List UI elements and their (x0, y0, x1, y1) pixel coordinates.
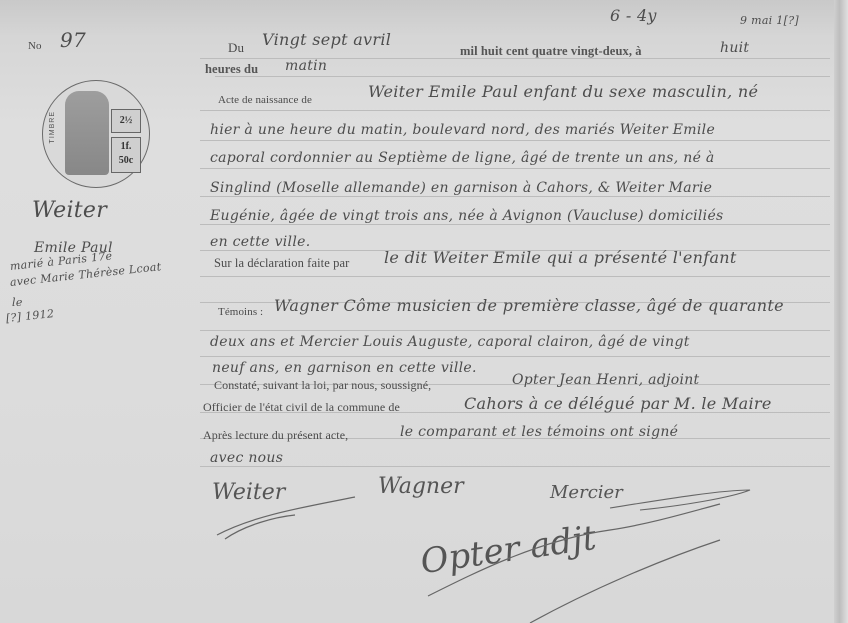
ruled-line (200, 276, 830, 277)
acte-line-6: en cette ville. (210, 234, 310, 250)
stamp-value-cents: 50c (112, 154, 140, 168)
officier-label: Officier de l'état civil de la commune d… (203, 400, 400, 415)
temoins-line-3: neuf ans, en garnison en cette ville. (212, 360, 477, 376)
hour-period: matin (285, 58, 327, 74)
constate-handwritten: Opter Jean Henri, adjoint (512, 372, 699, 388)
margin-note-line4: [?] 1912 (5, 307, 54, 325)
hour-handwritten: huit (720, 40, 749, 56)
justice-figure-icon (65, 91, 109, 175)
acte-label: Acte de naissance de (218, 94, 312, 106)
stamp-side-text: TIMBRE (49, 111, 56, 143)
acte-line-4: Singlind (Moselle allemande) en garnison… (210, 180, 712, 196)
temoins-line-1: Wagner Côme musicien de première classe,… (274, 296, 784, 315)
acte-line-2: hier à une heure du matin, boulevard nor… (210, 122, 715, 138)
hour-printed: heures du (205, 62, 258, 77)
declaration-handwritten: le dit Weiter Emile qui a présenté l'enf… (384, 248, 737, 267)
officier-handwritten: Cahors à ce délégué par M. le Maire (464, 394, 772, 413)
temoins-line-2: deux ans et Mercier Louis Auguste, capor… (210, 334, 690, 350)
stamp-value-top: 2½ (111, 109, 141, 133)
signature-witness-wagner: Wagner (378, 474, 464, 499)
stamp-value-franc: 1f. (112, 140, 140, 154)
acte-line-1: Weiter Emile Paul enfant du sexe masculi… (368, 82, 758, 101)
register-number: 97 (60, 28, 86, 52)
temoins-label: Témoins : (218, 306, 263, 318)
ruled-line (200, 140, 830, 141)
date-printed: mil huit cent quatre vingt-deux, à (460, 44, 642, 59)
acte-line-3: caporal cordonnier au Septième de ligne,… (210, 150, 715, 166)
ruled-line (200, 466, 830, 467)
ruled-line (200, 356, 830, 357)
acte-line-5: Eugénie, âgée de vingt trois ans, née à … (210, 208, 724, 224)
apres-label: Après lecture du présent acte, (203, 428, 348, 443)
signature-flourish (420, 500, 740, 623)
declaration-label: Sur la déclaration faite par (214, 256, 349, 271)
constate-label: Constaté, suivant la loi, par nous, sous… (214, 378, 431, 393)
margin-note-line3: le (12, 296, 23, 309)
date-prefix: Du (228, 40, 244, 56)
register-number-label: No (28, 40, 42, 52)
signature-flourish (215, 495, 365, 545)
ruled-line (200, 330, 830, 331)
ruled-line (200, 224, 830, 225)
apres-line-1: le comparant et les témoins ont signé (400, 424, 678, 440)
stamp-value-bottom: 1f. 50c (111, 137, 141, 173)
apres-line-2: avec nous (210, 450, 283, 466)
page-edge (834, 0, 848, 623)
top-annotation-right: 9 mai 1[?] (740, 14, 799, 27)
ruled-line (215, 76, 830, 77)
date-handwritten: Vingt sept avril (262, 30, 391, 49)
margin-surname: Weiter (32, 198, 107, 223)
ruled-line (200, 168, 830, 169)
ruled-line (200, 196, 830, 197)
top-annotation-left: 6 - 4y (610, 6, 657, 25)
fiscal-stamp: TIMBRE 2½ 1f. 50c (42, 80, 150, 188)
ruled-line (200, 110, 830, 111)
